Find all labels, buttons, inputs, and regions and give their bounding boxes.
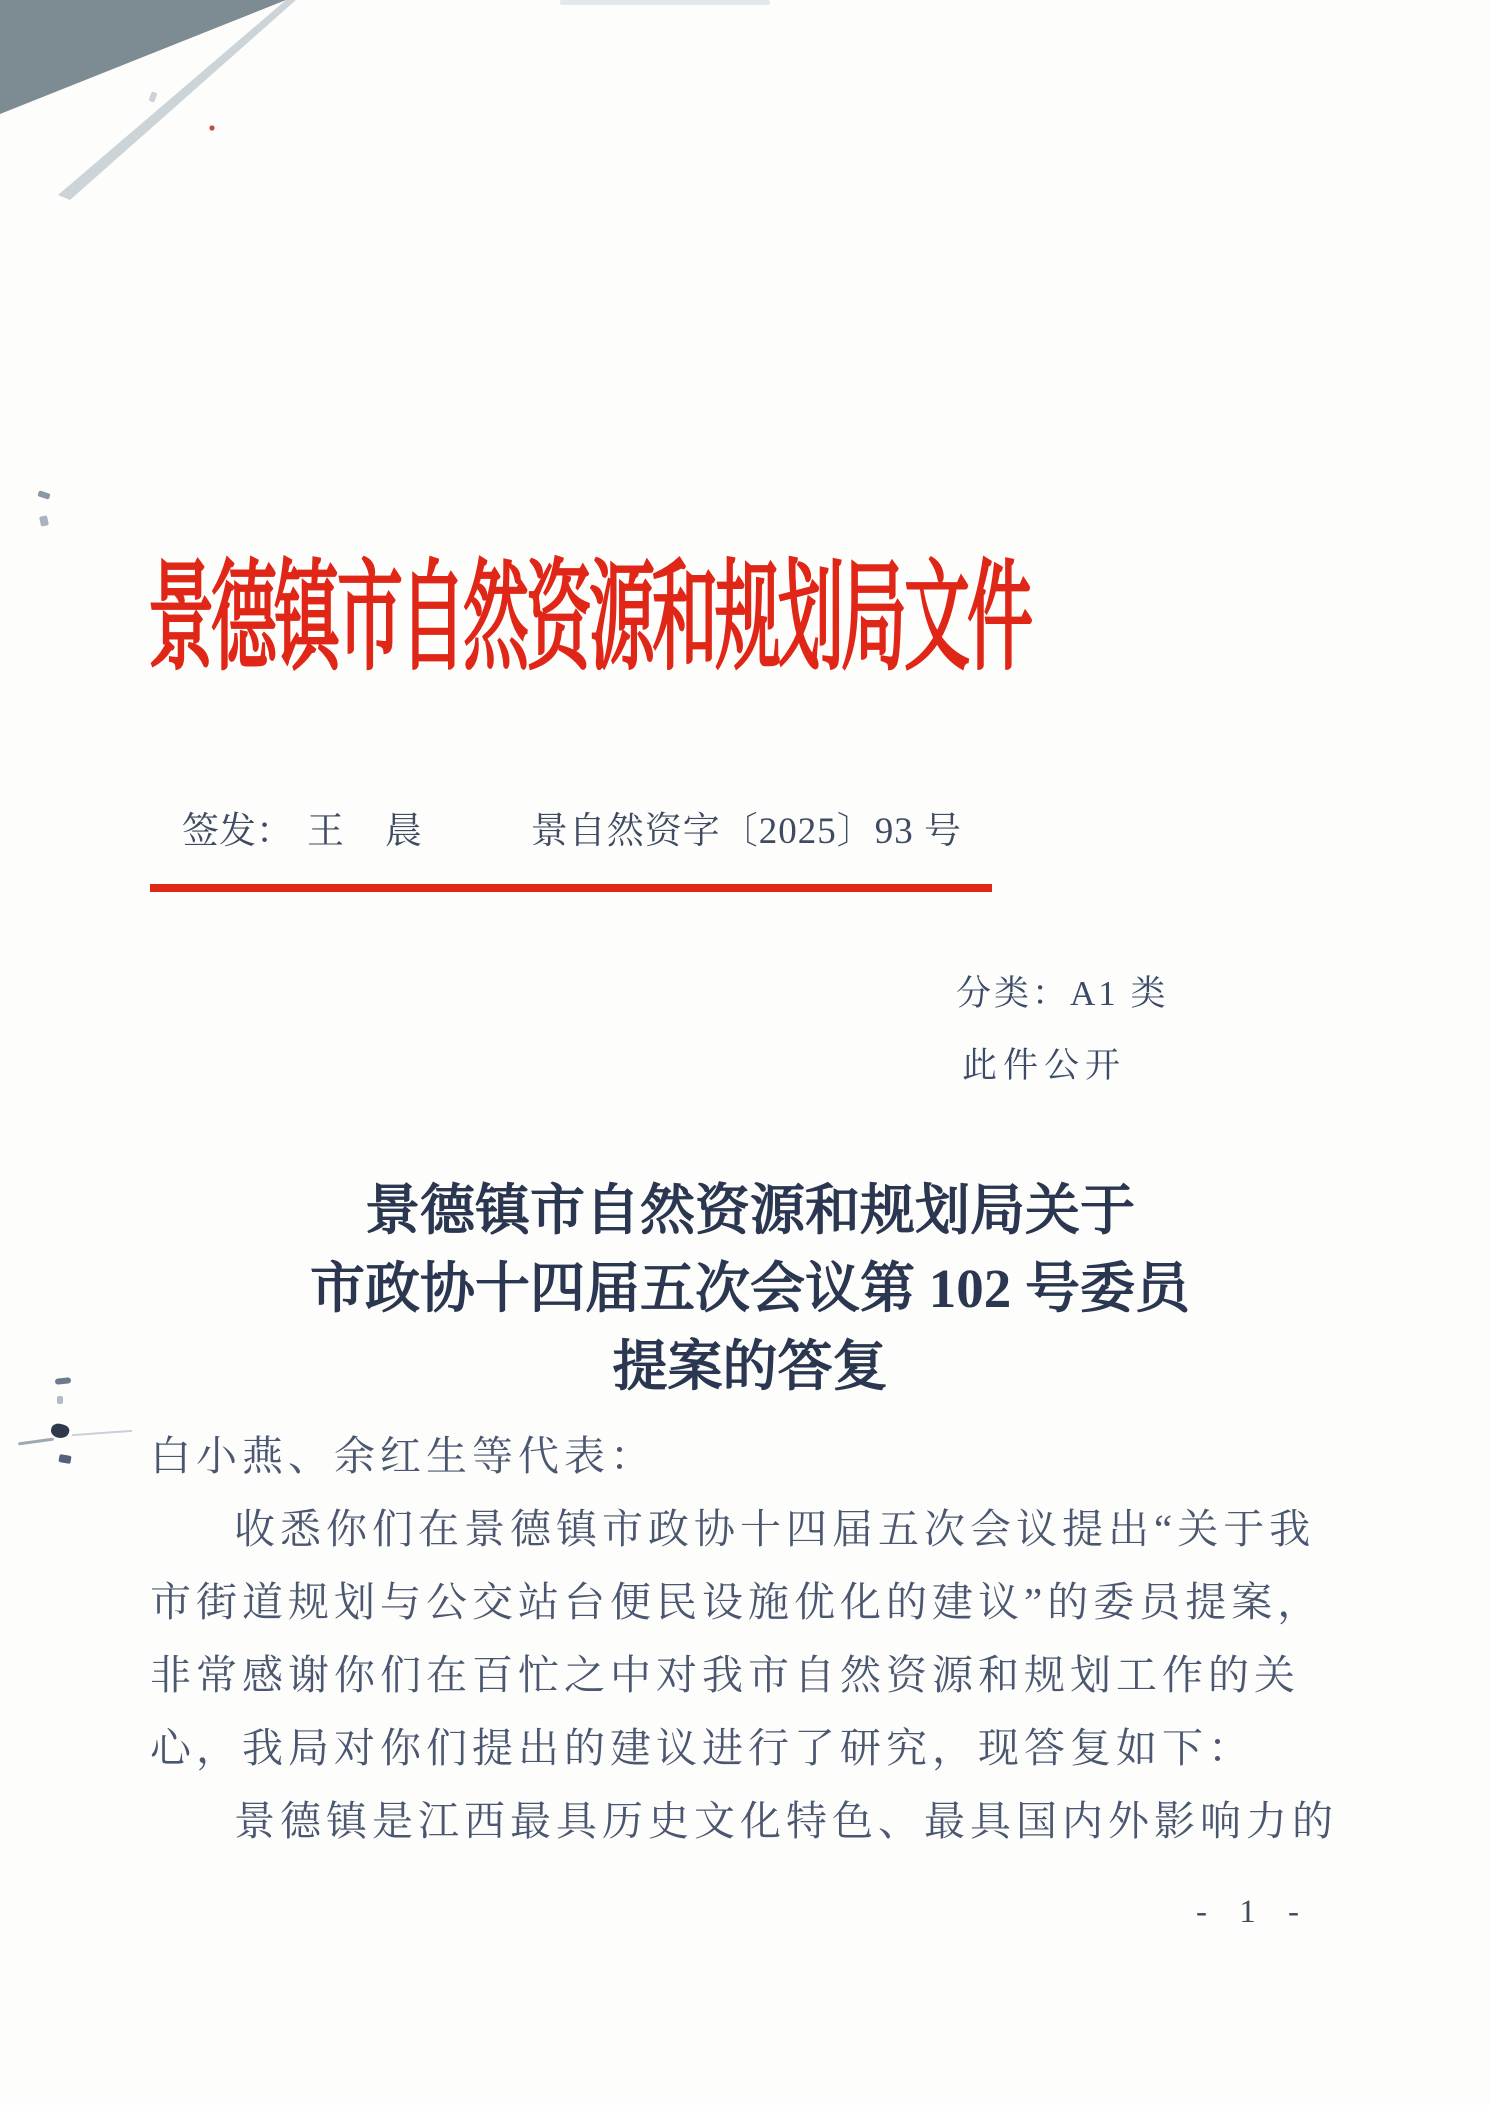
scan-edge-artifact — [560, 0, 770, 5]
document-title: 景德镇市自然资源和规划局关于 市政协十四届五次会议第 102 号委员 提案的答复 — [140, 1172, 1360, 1406]
red-divider-rule — [150, 884, 992, 892]
margin-ink-mark-artifact — [58, 1454, 71, 1464]
page-number: - 1 - — [1196, 1894, 1311, 1931]
body-line: 收悉你们在景德镇市政协十四届五次会议提出“关于我 — [150, 1493, 1380, 1566]
issuance-row: 签发：王 晨 景自然资字〔2025〕93 号 — [182, 800, 962, 854]
document-number: 景自然资字〔2025〕93 号 — [531, 800, 962, 854]
margin-ink-mark-artifact — [57, 1396, 63, 1404]
disclosure-line: 此件公开 — [962, 1038, 1126, 1088]
document-title-line: 景德镇市自然资源和规划局关于 — [140, 1172, 1360, 1250]
letterhead-title: 景德镇市自然资源和规划局文件 — [148, 520, 988, 670]
issuer-name: 王 晨 — [307, 811, 424, 852]
margin-scratch-artifact — [72, 1430, 132, 1436]
red-speck-artifact — [209, 125, 214, 130]
body-line: 白小燕、余红生等代表： — [150, 1420, 1380, 1493]
letterhead-title-text: 景德镇市自然资源和规划局文件 — [148, 520, 1030, 693]
classification-line: 分类：A1 类 — [956, 966, 1169, 1016]
body-line: 市街道规划与公交站台便民设施优化的建议”的委员提案， — [150, 1566, 1380, 1639]
margin-scratch-artifact — [18, 1438, 54, 1446]
issuer-label: 签发： — [182, 811, 293, 852]
body-line: 景德镇是江西最具历史文化特色、最具国内外影响力的 — [150, 1785, 1380, 1858]
margin-smudge-artifact — [37, 490, 50, 499]
body-line: 非常感谢你们在百忙之中对我市自然资源和规划工作的关 — [150, 1639, 1380, 1712]
body-line: 心，我局对你们提出的建议进行了研究，现答复如下： — [150, 1712, 1380, 1785]
document-title-line: 提案的答复 — [140, 1328, 1360, 1406]
document-page: 景德镇市自然资源和规划局文件 签发：王 晨 景自然资字〔2025〕93 号 分类… — [0, 0, 1490, 2105]
document-body: 白小燕、余红生等代表： 收悉你们在景德镇市政协十四届五次会议提出“关于我 市街道… — [150, 1420, 1380, 1858]
margin-smudge-artifact — [39, 515, 49, 526]
margin-ink-mark-artifact — [55, 1377, 72, 1385]
scan-corner-fold-artifact — [0, 0, 430, 260]
document-title-line: 市政协十四届五次会议第 102 号委员 — [140, 1250, 1360, 1328]
issuer-block: 签发：王 晨 — [182, 800, 424, 854]
